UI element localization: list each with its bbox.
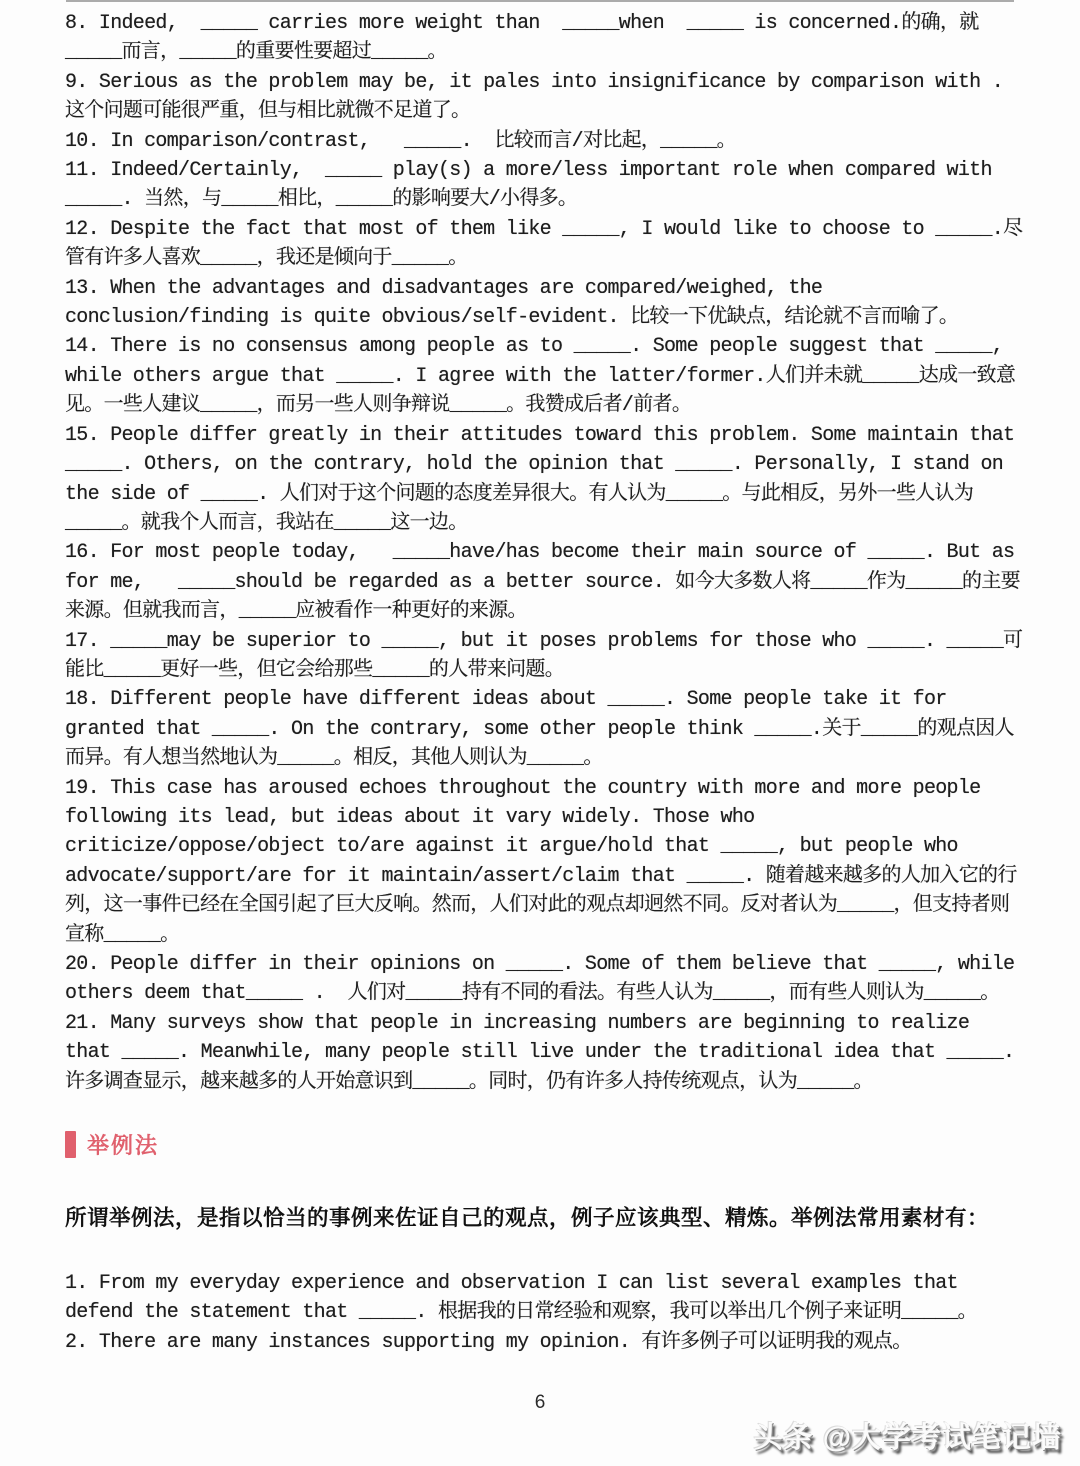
item-18: 18. Different people have different idea… <box>65 685 1025 773</box>
example-item-2: 2. There are many instances supporting m… <box>65 1328 1025 1357</box>
item-19: 19. This case has aroused echoes through… <box>65 774 1025 950</box>
example-list: 1. From my everyday experience and obser… <box>65 1269 1025 1357</box>
section-header: 举例法 <box>65 1129 1025 1159</box>
item-15: 15. People differ greatly in their attit… <box>65 421 1025 539</box>
item-11: 11. Indeed/Certainly, _____ play(s) a mo… <box>65 156 1025 215</box>
watermark: 头条 @大学考试笔记墙 <box>754 1415 1062 1456</box>
item-13: 13. When the advantages and disadvantage… <box>65 274 1025 333</box>
item-14: 14. There is no consensus among people a… <box>65 332 1025 420</box>
item-17: 17. _____may be superior to _____, but i… <box>65 627 1025 686</box>
page-top-rule <box>66 0 1014 2</box>
item-9: 9. Serious as the problem may be, it pal… <box>65 68 1025 127</box>
page-content: 8. Indeed, _____ carries more weight tha… <box>0 0 1080 1357</box>
section-intro: 所谓举例法，是指以恰当的事例来佐证自己的观点，例子应该典型、精炼。举例法常用素材… <box>65 1203 1025 1233</box>
item-8: 8. Indeed, _____ carries more weight tha… <box>65 9 1025 68</box>
document-page: 8. Indeed, _____ carries more weight tha… <box>0 0 1080 1466</box>
item-10: 10. In comparison/contrast, _____. 比较而言/… <box>65 127 1025 156</box>
section-title: 举例法 <box>87 1129 159 1160</box>
item-12: 12. Despite the fact that most of them l… <box>65 215 1025 274</box>
example-item-1: 1. From my everyday experience and obser… <box>65 1269 1025 1328</box>
section-accent-bar-icon <box>65 1131 76 1158</box>
item-16: 16. For most people today, _____have/has… <box>65 538 1025 626</box>
item-20: 20. People differ in their opinions on _… <box>65 950 1025 1009</box>
page-number: 6 <box>0 1392 1080 1414</box>
item-21: 21. Many surveys show that people in inc… <box>65 1009 1025 1097</box>
